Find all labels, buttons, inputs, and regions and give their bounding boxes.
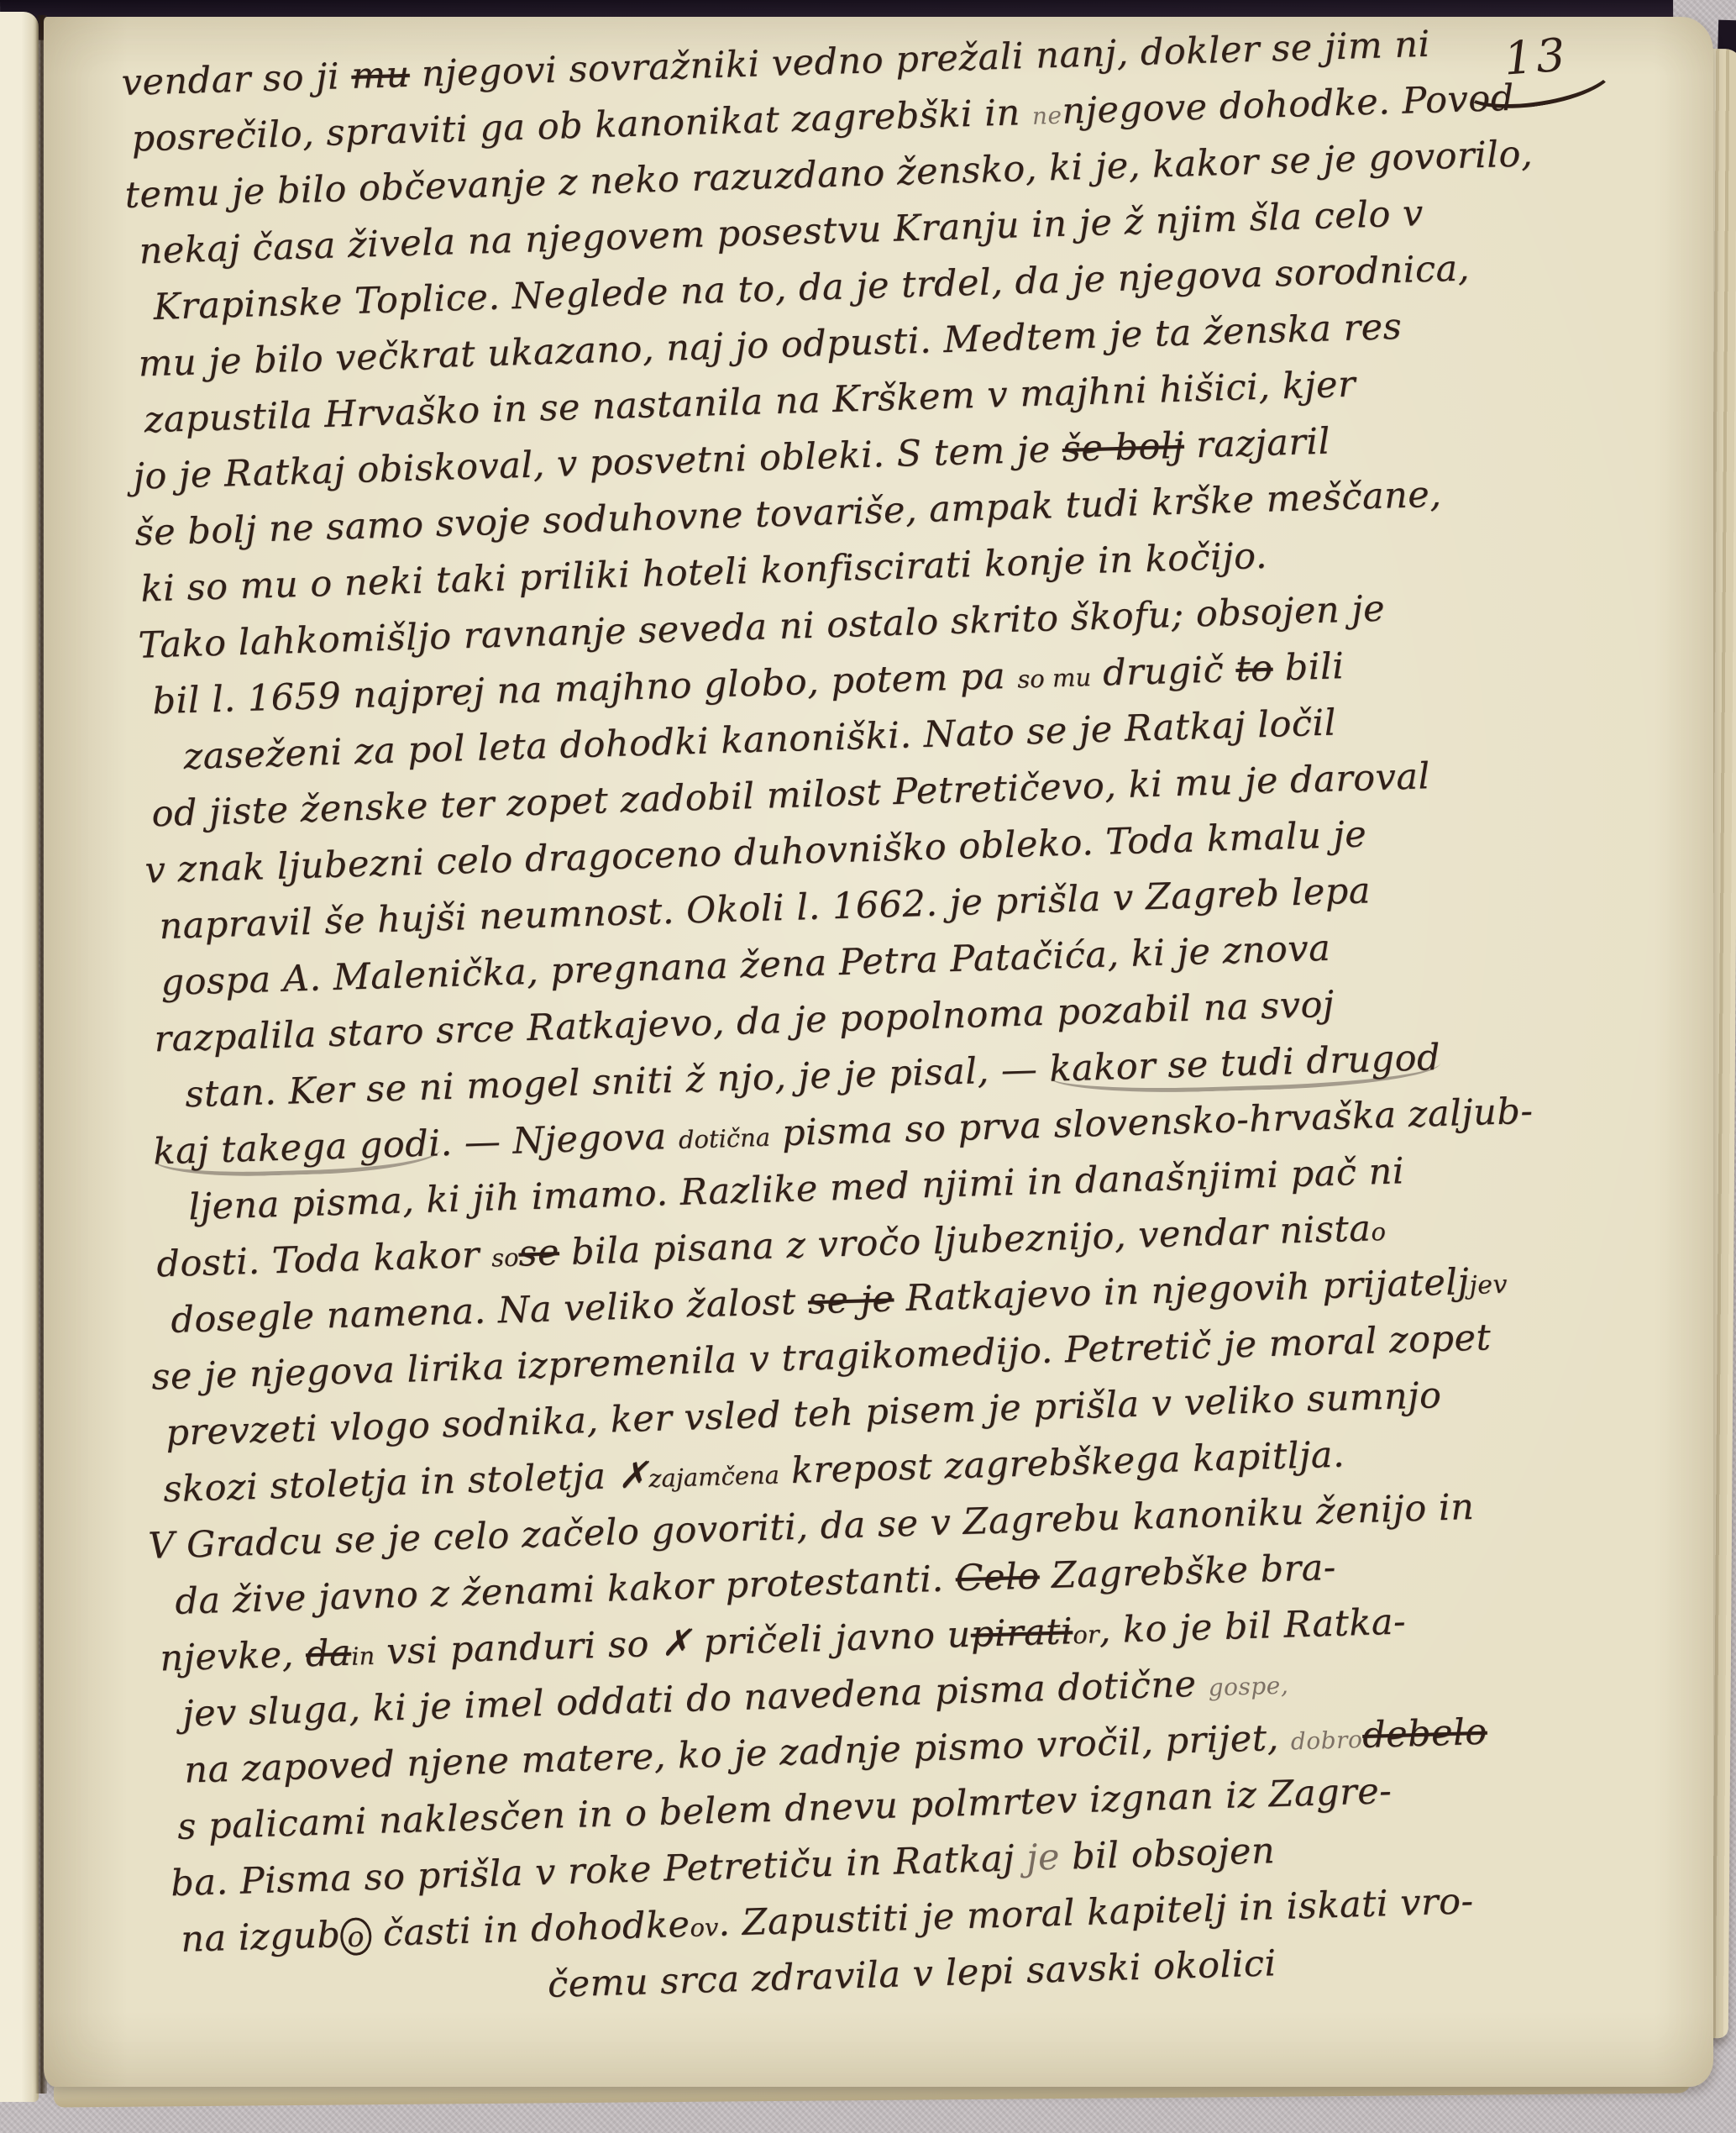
facing-page-edge	[0, 12, 39, 2102]
text-segment: debelo	[1361, 1711, 1487, 1757]
text-segment: bili	[1272, 645, 1345, 689]
text-segment: dobro	[1290, 1726, 1362, 1756]
text-segment: dotična	[678, 1123, 770, 1154]
text-segment: razjaril	[1183, 420, 1330, 466]
text-segment: še bolj	[1062, 425, 1185, 470]
text-segment: dosti. Toda kakor	[156, 1234, 492, 1286]
text-segment: vendar so ji	[121, 55, 352, 104]
text-segment: so mu	[1017, 663, 1092, 694]
text-segment: njevke,	[160, 1633, 307, 1679]
text-segment: in	[351, 1642, 375, 1671]
text-segment: se	[518, 1232, 560, 1274]
text-segment: kaj takega godi	[153, 1122, 442, 1179]
text-segment: mu	[351, 54, 411, 97]
text-segment: gospe,	[1208, 1672, 1288, 1702]
text-segment: . — Njegova	[440, 1116, 679, 1164]
text-segment: or	[1073, 1620, 1099, 1649]
text-segment: to	[1235, 648, 1274, 691]
text-segment: ne	[1032, 102, 1063, 130]
text-segment: pirati	[970, 1610, 1073, 1656]
text-segment: se je	[807, 1278, 894, 1322]
text-segment: časti in dohodke	[370, 1904, 690, 1955]
manuscript-page: 13 vendar so ji mu njegovi sovražniki ve…	[44, 17, 1713, 2087]
text-segment: Celo	[955, 1555, 1040, 1600]
text-segment: o	[340, 1917, 372, 1956]
manuscript-text: vendar so ji mu njegovi sovražniki vedno…	[121, 17, 1713, 2031]
text-segment: bil obsojen	[1059, 1830, 1276, 1878]
text-segment: , ko je bil Ratka-	[1099, 1600, 1407, 1652]
text-segment: na izgub	[181, 1914, 342, 1961]
text-segment: jev	[1469, 1270, 1508, 1300]
text-segment: drugič	[1090, 649, 1236, 695]
text-segment: so	[491, 1243, 519, 1273]
text-segment: ov	[690, 1913, 719, 1942]
text-segment: zajamčena	[648, 1460, 780, 1493]
text-segment: Zagrebške bra-	[1039, 1547, 1337, 1597]
text-segment: o	[1371, 1217, 1386, 1247]
text-segment: je	[1025, 1836, 1060, 1879]
text-segment: da	[305, 1632, 352, 1676]
